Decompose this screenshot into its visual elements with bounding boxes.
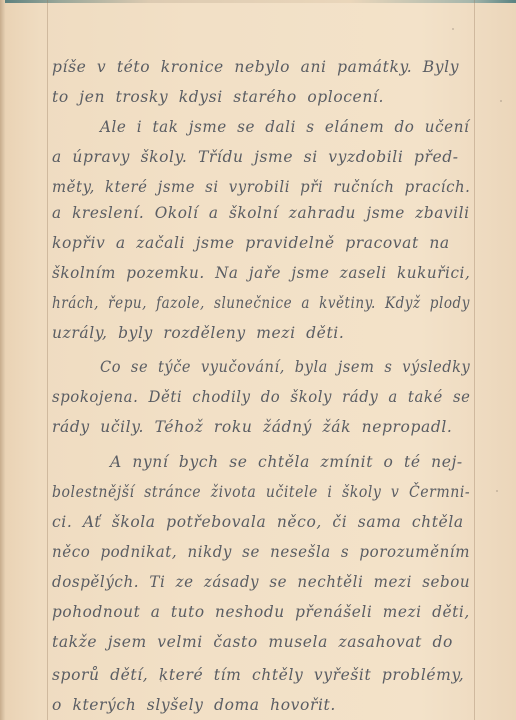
text-line: o kterých slyšely doma hovořit.	[52, 696, 336, 714]
text-line: něco podnikat, nikdy se nesešla s porozu…	[52, 543, 470, 561]
paragraph-start-line: A nyní bych se chtěla zmínit o té nej-	[110, 453, 463, 471]
text-line: školním pozemku. Na jaře jsme zaseli kuk…	[52, 264, 470, 282]
paragraph-start-line: Co se týče vyučování, byla jsem s výsled…	[100, 358, 470, 376]
text-line: rády učily. Téhož roku žádný žák nepropa…	[52, 418, 452, 436]
text-line: bolestnější stránce života učitele i ško…	[52, 483, 470, 501]
text-line: a kreslení. Okolí a školní zahradu jsme …	[52, 204, 470, 222]
paragraph-start-line: Ale i tak jsme se dali s elánem do učení	[100, 118, 469, 136]
text-line: spokojena. Děti chodily do školy rády a …	[52, 388, 471, 406]
text-line: a úpravy školy. Třídu jsme si vyzdobili …	[52, 148, 459, 166]
text-line: dospělých. Ti ze zásady se nechtěli mezi…	[52, 573, 470, 591]
text-line: měty, které jsme si vyrobili při ručních…	[52, 178, 470, 196]
text-line: sporů dětí, které tím chtěly vyřešit pro…	[52, 666, 464, 684]
text-line: to jen trosky kdysi starého oplocení.	[52, 88, 384, 106]
chronicle-page: píše v této kronice nebylo ani památky. …	[0, 0, 516, 720]
text-line: píše v této kronice nebylo ani památky. …	[52, 58, 459, 76]
text-line: kopřiv a začali jsme pravidelně pracovat…	[52, 234, 450, 252]
text-line: ci. Ať škola potřebovala něco, či sama c…	[52, 513, 464, 531]
text-line: hrách, řepu, fazole, slunečnice a květin…	[52, 294, 470, 312]
handwritten-text-block: píše v této kronice nebylo ani památky. …	[0, 0, 516, 720]
text-line: takže jsem velmi často musela zasahovat …	[52, 633, 453, 651]
text-line: pohodnout a tuto neshodu přenášeli mezi …	[52, 603, 470, 621]
text-line: uzrály, byly rozděleny mezi děti.	[52, 324, 344, 342]
